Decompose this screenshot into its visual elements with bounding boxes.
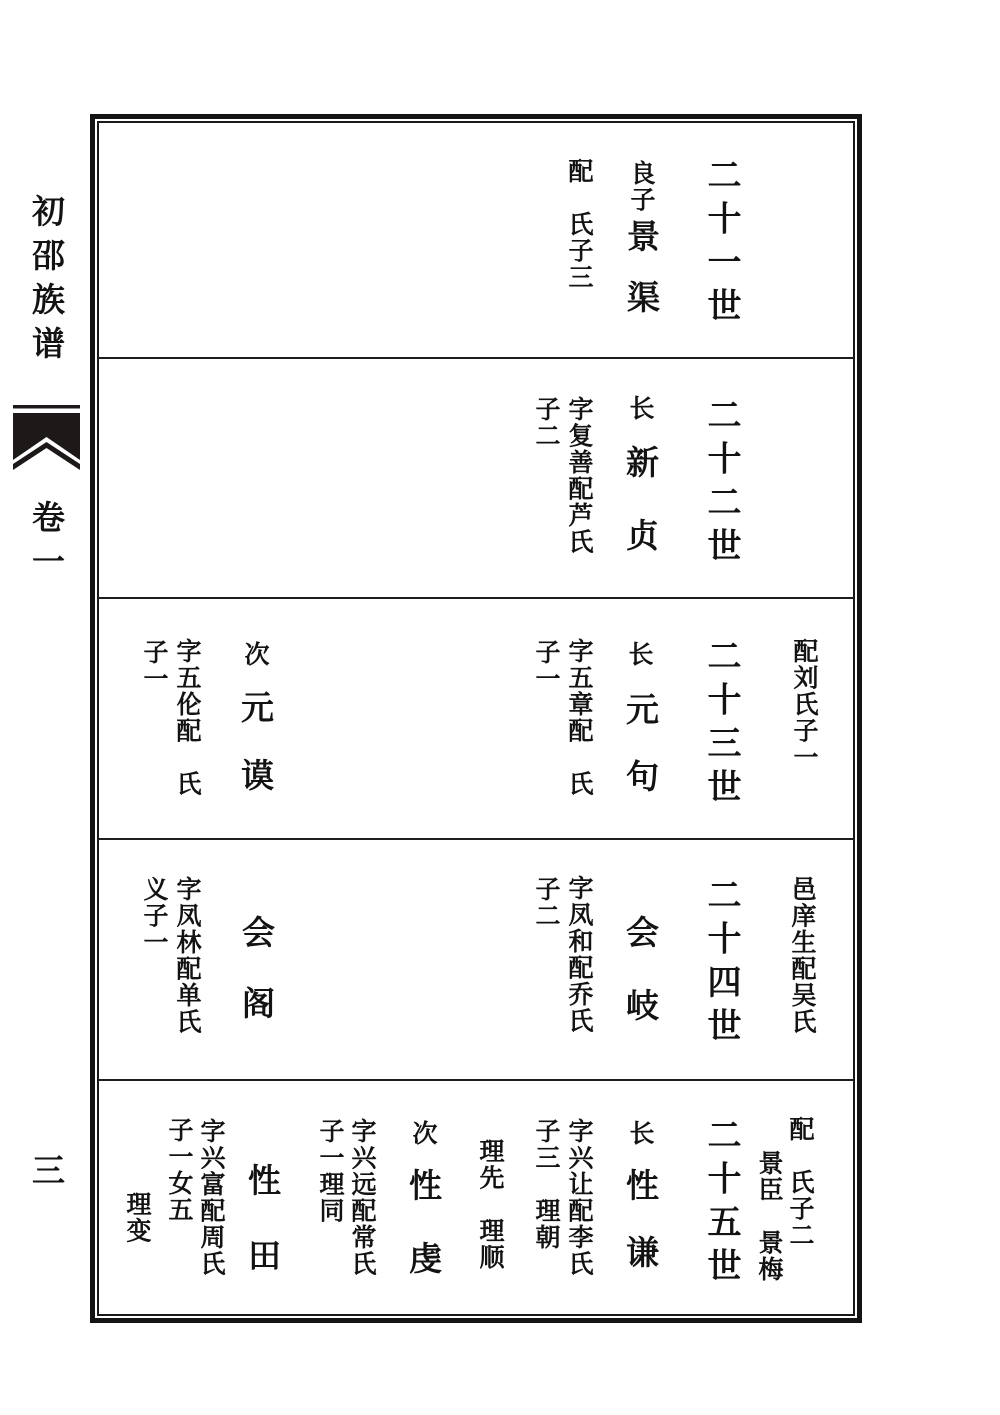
- carryover-text: 配刘氏子一: [792, 638, 817, 771]
- person-info: 字凤林配单氏: [175, 876, 200, 1035]
- person-prefix: 良子: [629, 160, 654, 213]
- person-info: 字兴让配李氏: [567, 1118, 592, 1277]
- person-name: 元句: [624, 692, 657, 826]
- person-children: 子二: [534, 876, 559, 929]
- person-name: 性田: [246, 1163, 279, 1313]
- person-info: 字兴远配常氏: [350, 1118, 375, 1277]
- person-prefix: 长: [627, 641, 652, 668]
- generation-label: 二十二世: [704, 397, 738, 571]
- person-prefix: 次: [243, 641, 268, 668]
- person-info: 字兴富配周氏: [199, 1118, 224, 1277]
- person-grandchildren: 理变: [125, 1191, 150, 1244]
- volume-label: 卷一: [30, 500, 63, 588]
- person-name: 会阁: [240, 915, 273, 1057]
- person-grandchildren: 理先 理顺: [478, 1138, 503, 1271]
- person-children: 子一: [534, 639, 559, 692]
- carryover-text: 配 氏子二: [788, 1116, 813, 1249]
- person-prefix: 次: [411, 1120, 436, 1147]
- person-name: 新贞: [624, 445, 657, 591]
- book-title: 初邵族谱: [30, 194, 63, 370]
- genealogy-page: 初邵族谱 卷一 三 二十一世 良子 景渠 配 氏子三 二十二世 长 新贞 字复善…: [0, 0, 1000, 1415]
- person-name: 会岐: [624, 915, 657, 1061]
- person-info: 字凤和配乔氏: [567, 875, 592, 1034]
- generation-label: 二十一世: [704, 157, 738, 331]
- row-divider: [98, 597, 854, 599]
- carryover-text: 邑庠生配吴氏: [790, 876, 815, 1035]
- person-info: 字五伦配 氏: [175, 638, 200, 797]
- person-children: 子一: [142, 639, 167, 692]
- page-number: 三: [30, 1153, 63, 1197]
- person-info: 字复善配芦氏: [567, 396, 592, 555]
- person-children: 子一理同: [318, 1118, 343, 1224]
- person-info: 配 氏子三: [567, 158, 592, 291]
- generation-label: 二十三世: [704, 638, 738, 812]
- person-info: 字五章配 氏: [567, 638, 592, 797]
- generation-label: 二十四世: [704, 877, 738, 1051]
- person-name: 性谦: [624, 1168, 657, 1302]
- person-children: 义子一: [142, 876, 167, 956]
- carryover-text: 景臣 景梅: [757, 1150, 782, 1283]
- person-children: 子一女五: [167, 1117, 192, 1223]
- generation-label: 二十五世: [704, 1117, 738, 1291]
- person-prefix: 长: [628, 1120, 653, 1147]
- person-name: 性虔: [407, 1168, 440, 1314]
- person-prefix: 长: [628, 395, 653, 422]
- person-children: 子二: [534, 396, 559, 449]
- row-divider: [98, 838, 854, 840]
- person-children: 子三 理朝: [534, 1118, 559, 1251]
- person-name: 元谟: [239, 690, 272, 826]
- fishtail-ornament-icon: [12, 404, 82, 472]
- person-name: 景渠: [625, 219, 658, 341]
- row-divider: [98, 1079, 854, 1081]
- row-divider: [98, 357, 854, 359]
